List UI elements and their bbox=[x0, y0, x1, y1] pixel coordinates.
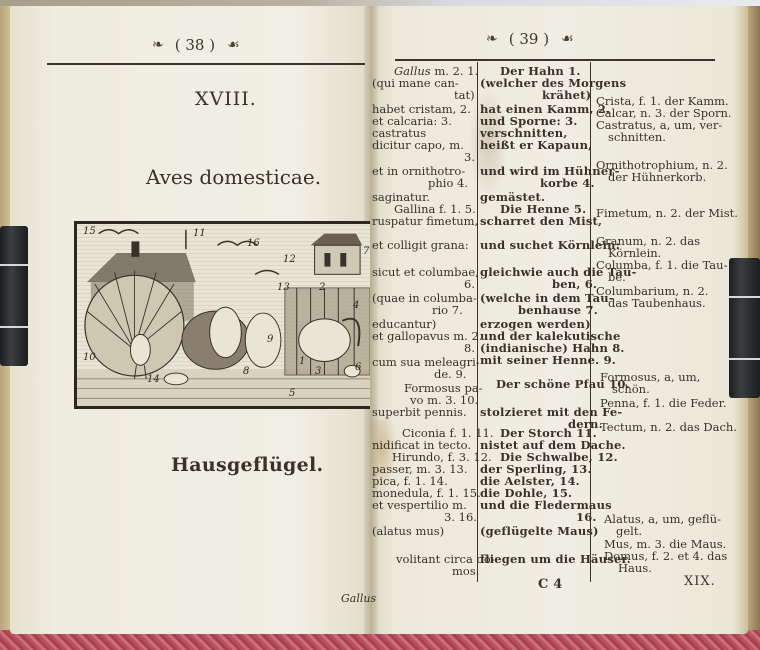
latin-line: mos. bbox=[452, 565, 479, 577]
title-latin: Aves domesticae. bbox=[146, 165, 321, 189]
right-page-header: ❧ ( 39 ) ☙ bbox=[486, 30, 573, 48]
woodcut-label: 11 bbox=[193, 228, 206, 239]
vocab-line: Haus. bbox=[618, 562, 652, 574]
woodcut-label: 2 bbox=[319, 282, 325, 293]
latin-line: et colligit grana: bbox=[372, 239, 469, 251]
vocab-line: der Hühnerkorb. bbox=[608, 171, 706, 183]
title-german: Hausgeflügel. bbox=[171, 454, 323, 476]
latin-line: ruspatur fimetum, bbox=[372, 215, 478, 227]
latin-line: dicitur capo, m. bbox=[372, 139, 464, 151]
latin-line: superbit pennis. bbox=[372, 406, 467, 418]
page-number: ( 38 ) bbox=[175, 36, 215, 54]
woodcut-label: 6 bbox=[355, 362, 361, 373]
vocab-line: gelt. bbox=[616, 525, 642, 537]
woodcut-label: 4 bbox=[353, 300, 359, 311]
german-line: heißt er Kapaun, bbox=[480, 139, 592, 151]
german-line: ben, 6. bbox=[552, 278, 597, 290]
latin-line: tat) bbox=[454, 89, 475, 101]
woodcut-label: 15 bbox=[83, 226, 96, 237]
vocab-line: schön. bbox=[612, 383, 650, 395]
column-divider bbox=[477, 62, 478, 582]
vocab-line: schnitten. bbox=[608, 131, 666, 143]
woodcut-label: 8 bbox=[243, 366, 249, 377]
woodcut-label: 7 bbox=[363, 246, 369, 257]
woodcut-label: 14 bbox=[147, 374, 160, 385]
vocab-line: Fimetum, n. 2. der Mist. bbox=[596, 207, 738, 219]
woodcut-label: 1 bbox=[299, 356, 305, 367]
german-line: (geflügelte Maus) bbox=[480, 525, 599, 537]
farmyard-scene-icon bbox=[77, 224, 370, 406]
german-line: 16. bbox=[576, 511, 597, 523]
german-line: mit seiner Henne. 9. bbox=[480, 354, 616, 366]
left-page-header: ❧ ( 38 ) ☙ bbox=[152, 36, 239, 54]
vocab-line: das Taubenhaus. bbox=[608, 297, 706, 309]
binder-clip-left bbox=[0, 226, 28, 366]
latin-line: 6. bbox=[464, 278, 475, 290]
woodcut-label: 12 bbox=[283, 254, 296, 265]
latin-line: 3. 16. bbox=[444, 511, 477, 523]
latin-line: (alatus mus) bbox=[372, 525, 444, 537]
latin-line: 8. bbox=[464, 342, 475, 354]
woodcut-label: 5 bbox=[289, 388, 295, 399]
fleuron-left-icon: ❧ bbox=[486, 31, 497, 47]
fleuron-right-icon: ☙ bbox=[227, 37, 239, 53]
vocab-line: be. bbox=[608, 271, 626, 283]
printer-signature: C 4 bbox=[538, 577, 563, 592]
binder-clip-right bbox=[729, 258, 760, 398]
vocab-line: Tectum, n. 2. das Dach. bbox=[600, 421, 737, 433]
latin-line: de. 9. bbox=[434, 368, 466, 380]
fleuron-left-icon: ❧ bbox=[152, 37, 163, 53]
fleuron-right-icon: ☙ bbox=[561, 31, 573, 47]
latin-line: 3. bbox=[464, 151, 475, 163]
woodcut-illustration: 15 11 16 12 13 2 7 4 10 14 8 9 1 3 5 6 bbox=[74, 221, 370, 409]
woodcut-label: 10 bbox=[83, 352, 96, 363]
vocab-line: Penna, f. 1. die Feder. bbox=[600, 397, 727, 409]
catchword: Gallus bbox=[341, 592, 376, 605]
header-rule bbox=[395, 59, 715, 61]
woodcut-label: 3 bbox=[315, 366, 321, 377]
page-number: ( 39 ) bbox=[509, 30, 549, 48]
german-line: benhause 7. bbox=[518, 304, 598, 316]
latin-line: (qui mane can- bbox=[372, 77, 459, 89]
german-line: korbe 4. bbox=[540, 177, 595, 189]
german-line: krähet) bbox=[542, 89, 591, 101]
latin-line: rio 7. bbox=[432, 304, 463, 316]
latin-line: phio 4. bbox=[428, 177, 468, 189]
next-section-number: XIX. bbox=[684, 574, 716, 589]
woodcut-label: 9 bbox=[267, 334, 273, 345]
header-rule bbox=[47, 63, 365, 65]
german-line: scharret den Mist, bbox=[480, 215, 602, 227]
latin-line: sicut et columbae, bbox=[372, 266, 479, 278]
chapter-number: XVIII. bbox=[195, 88, 257, 110]
woodcut-label: 13 bbox=[277, 282, 290, 293]
woodcut-label: 16 bbox=[247, 238, 260, 249]
